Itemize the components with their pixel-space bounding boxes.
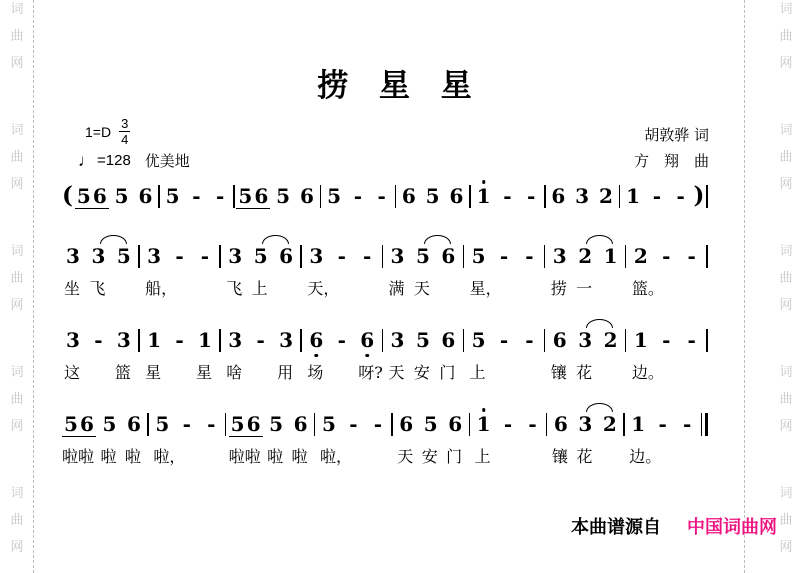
lyric: 场 (307, 364, 323, 382)
note-number: 6 (399, 412, 413, 436)
note: 6 (296, 184, 318, 208)
barline (138, 329, 140, 352)
key-signature: 1=D 3 4 (85, 117, 130, 146)
note-number: 5 (254, 244, 268, 268)
note-number: 6 (138, 184, 152, 208)
barline (623, 413, 625, 436)
note-number: 3 (391, 328, 405, 352)
watermark-char: 网 (10, 177, 23, 190)
lyric: 啦 (267, 448, 283, 466)
note: 5啦 (230, 412, 246, 436)
lyric: 啦， (153, 448, 185, 466)
barline (625, 245, 627, 268)
note: 5安 (412, 328, 434, 352)
note-number: 5 (424, 412, 438, 436)
note: 3花 (574, 328, 596, 352)
note: 6天 (395, 412, 417, 436)
dash-note: - (670, 184, 692, 208)
note: 2 (595, 184, 617, 208)
note: 6啦 (123, 412, 145, 436)
dash-note: - (209, 184, 231, 208)
note: 6 (547, 184, 569, 208)
note-number: - (338, 244, 346, 268)
note: 1边。 (630, 328, 652, 352)
lyric: 篮。 (632, 280, 664, 298)
note-number: 5 (77, 184, 91, 208)
note: 6 (253, 184, 269, 208)
note-number: - (503, 184, 511, 208)
watermark-char: 词 (10, 365, 23, 378)
note-number: - (683, 412, 691, 436)
barline (300, 245, 302, 268)
lyric: 镶 (552, 448, 568, 466)
note-number: 5 (155, 412, 169, 436)
note-number: 6 (448, 412, 462, 436)
dash-note: - (331, 244, 353, 268)
lyric: 门 (446, 448, 462, 466)
note: 2一 (574, 244, 596, 268)
lyric: 安 (414, 364, 430, 382)
watermark-char: 词 (10, 486, 23, 499)
note-number: 3 (66, 244, 80, 268)
note: 5 (422, 184, 444, 208)
watermark-char: 网 (10, 540, 23, 553)
lyric: 门 (439, 364, 455, 382)
note-number: - (354, 184, 362, 208)
note-number: - (192, 184, 200, 208)
note-number: 6 (309, 328, 323, 352)
barline (469, 413, 471, 436)
slur-arc (262, 235, 289, 244)
final-barline (701, 413, 708, 436)
lyric: 篮 (115, 364, 131, 382)
note: 5星， (468, 244, 490, 268)
watermark-char: 曲 (10, 513, 23, 526)
note-number: 6 (441, 328, 455, 352)
lyric: 星， (470, 280, 502, 298)
dash-note: - (367, 412, 389, 436)
slur-arc (100, 235, 127, 244)
dash-note: - (347, 184, 369, 208)
watermark-char: 词 (779, 244, 792, 257)
note: 2 (600, 328, 622, 352)
lyric: 天 (389, 364, 405, 382)
note-number: 6 (294, 412, 308, 436)
score-line-3: 3这-3篮1星-1星3啥-3用6场-6呀?3天5安6门5上--6镶3花21边。-… (62, 328, 708, 412)
lyric: 星 (145, 364, 161, 382)
note: 5 (237, 184, 253, 208)
note-number: - (500, 244, 508, 268)
barline (544, 185, 546, 208)
barline (233, 185, 235, 208)
note: 6 (437, 244, 459, 268)
dash-note: - (520, 184, 542, 208)
octave-dot-low (365, 354, 369, 358)
note-number: 3 (66, 328, 80, 352)
barline (382, 245, 384, 268)
lyric: 捞 (551, 280, 567, 298)
note-number: - (688, 328, 696, 352)
note-number: 1 (631, 412, 645, 436)
barline (320, 185, 322, 208)
note: 6 (92, 184, 108, 208)
watermark-char: 曲 (10, 392, 23, 405)
note-number: - (374, 412, 382, 436)
dash-note: - (518, 328, 540, 352)
note-number: - (378, 184, 386, 208)
note: 5 (113, 244, 135, 268)
beam-group: 5啦6啦 (62, 412, 96, 437)
source-site-link[interactable]: 中国词曲网 (687, 513, 777, 539)
note-number: 5 (64, 412, 78, 436)
lyricist-credit: 胡敦骅 词 (634, 122, 709, 148)
note-number: 6 (80, 412, 94, 436)
note-number: - (363, 244, 371, 268)
watermark-char: 词 (10, 123, 23, 136)
note-number: - (525, 328, 533, 352)
quarter-note-icon: ♩ (78, 152, 95, 169)
note-number: 3 (309, 244, 323, 268)
note: 5啦 (63, 412, 79, 436)
expression-marking: 优美地 (145, 150, 190, 171)
note: 6 (134, 184, 156, 208)
watermark-char: 曲 (10, 271, 23, 284)
note: 5 (323, 184, 345, 208)
lyric: 边。 (629, 448, 661, 466)
note-number: 3 (117, 328, 131, 352)
barline (625, 329, 627, 352)
time-signature: 3 4 (119, 117, 130, 146)
note: 6啦 (290, 412, 312, 436)
dash-note: - (496, 184, 518, 208)
beam-group: 56 (236, 184, 270, 209)
barline (314, 413, 316, 436)
note: 1 (473, 184, 495, 208)
note-number: 3 (553, 244, 567, 268)
dash-note: - (652, 412, 674, 436)
time-numerator: 3 (119, 117, 130, 132)
note: 1星 (194, 328, 216, 352)
note-number: - (175, 328, 183, 352)
note-number: 3 (228, 244, 242, 268)
watermark-char: 网 (779, 419, 792, 432)
note: 6镶 (550, 412, 572, 436)
tempo-value: =128 (97, 152, 131, 169)
lyric: 一 (576, 280, 592, 298)
note-number: 6 (554, 412, 568, 436)
credits: 胡敦骅 词 方 翔 曲 (634, 122, 709, 175)
note: 1 (622, 184, 644, 208)
note: 3船， (143, 244, 165, 268)
lyric: 安 (422, 448, 438, 466)
note: 3篮 (113, 328, 135, 352)
lyric: 这 (64, 364, 80, 382)
dash-note: - (250, 328, 272, 352)
lyric: 飞 (226, 280, 242, 298)
note: 3 (571, 184, 593, 208)
note-number: - (662, 328, 670, 352)
dash-note: - (497, 412, 519, 436)
score-line-4: 5啦6啦5啦6啦5啦，--5啦6啦5啦6啦5啦，--6天5安6门1上--6镶3花… (62, 412, 708, 496)
note-number: - (653, 184, 661, 208)
note-number: 6 (300, 184, 314, 208)
dash-note: - (169, 328, 191, 352)
note-number: 6 (553, 328, 567, 352)
note: 6 (398, 184, 420, 208)
barline (546, 413, 548, 436)
note: 3天， (305, 244, 327, 268)
dash-note: - (371, 184, 393, 208)
note: 6门 (437, 328, 459, 352)
note-number: 5 (115, 184, 129, 208)
note: 3捞 (549, 244, 571, 268)
dash-note: - (646, 184, 668, 208)
note-number: 6 (441, 244, 455, 268)
dash-note: - (176, 412, 198, 436)
note-number: 1 (634, 328, 648, 352)
note: 6门 (444, 412, 466, 436)
note: 5安 (420, 412, 442, 436)
lyric: 星 (196, 364, 212, 382)
beam-group: 56 (75, 184, 109, 209)
lyric: 啦 (245, 448, 261, 466)
parenthesis: ( (62, 184, 73, 208)
octave-dot-low (315, 354, 319, 358)
lyric: 天， (307, 280, 339, 298)
watermark-char: 词 (10, 244, 23, 257)
parenthesis: ) (694, 184, 705, 208)
note: 3飞 (87, 244, 109, 268)
note: 5上 (250, 244, 272, 268)
note-number: 6 (247, 412, 261, 436)
note: 3飞 (224, 244, 246, 268)
watermark-char: 曲 (779, 150, 792, 163)
note: 5 (76, 184, 92, 208)
slur-arc (424, 235, 451, 244)
barline (391, 413, 393, 436)
beam-group: 5啦6啦 (229, 412, 263, 437)
note: 2篮。 (630, 244, 652, 268)
note: 3天 (387, 328, 409, 352)
note: 5啦， (151, 412, 173, 436)
note-number: - (677, 184, 685, 208)
dash-note: - (676, 412, 698, 436)
lyric: 啦 (229, 448, 245, 466)
dash-note: - (681, 244, 703, 268)
watermark-char: 词 (779, 2, 792, 15)
lyric: 啦， (320, 448, 352, 466)
note-number: - (349, 412, 357, 436)
note-number: - (525, 244, 533, 268)
note-number: - (504, 412, 512, 436)
barline (469, 185, 471, 208)
note-number: 5 (426, 184, 440, 208)
dash-note: - (655, 244, 677, 268)
tempo-row: ♩ =128 优美地 (78, 150, 190, 171)
note-number: 3 (147, 244, 161, 268)
note: 3坐 (62, 244, 84, 268)
dash-note: - (681, 328, 703, 352)
score-line-2: 3坐3飞53船，--3飞5上63天，--3满5天65星，--3捞2一12篮。-- (62, 244, 708, 328)
watermark-char: 词 (10, 2, 23, 15)
lyric: 上 (252, 280, 268, 298)
note-number: 5 (327, 184, 341, 208)
note: 3满 (387, 244, 409, 268)
score-line-1: (56565--56565--6561--6321--) (62, 184, 708, 230)
note-number: 3 (279, 328, 293, 352)
note-number: - (688, 244, 696, 268)
note-number: 5 (102, 412, 116, 436)
note: 5 (272, 184, 294, 208)
watermark-char: 词 (779, 486, 792, 499)
dash-note: - (655, 328, 677, 352)
note: 6 (445, 184, 467, 208)
note-number: - (528, 412, 536, 436)
watermark-char: 网 (779, 540, 792, 553)
note-number: 1 (626, 184, 640, 208)
barline (544, 245, 546, 268)
note-number: - (175, 244, 183, 268)
dash-note: - (194, 244, 216, 268)
note: 5啦 (265, 412, 287, 436)
time-denominator: 4 (121, 132, 128, 146)
note-number: - (527, 184, 535, 208)
barline (225, 413, 227, 436)
octave-dot-high (482, 180, 486, 184)
note-number: 1 (477, 184, 491, 208)
note: 6 (275, 244, 297, 268)
note: 5天 (412, 244, 434, 268)
note: 5上 (468, 328, 490, 352)
note-number: 5 (416, 244, 430, 268)
lyric: 天 (414, 280, 430, 298)
note-number: 5 (269, 412, 283, 436)
note: 3花 (574, 412, 596, 436)
note-number: 3 (391, 244, 405, 268)
note-number: 6 (254, 184, 268, 208)
note-number: 6 (551, 184, 565, 208)
dash-note: - (200, 412, 222, 436)
barline (158, 185, 160, 208)
key-label: 1=D (85, 124, 111, 140)
watermark-char: 曲 (10, 150, 23, 163)
barline (147, 413, 149, 436)
barline (219, 245, 221, 268)
watermark-char: 词 (779, 123, 792, 136)
note-number: - (201, 244, 209, 268)
lyric: 花 (576, 364, 592, 382)
note: 5啦 (98, 412, 120, 436)
barline (706, 185, 708, 208)
barline (463, 245, 465, 268)
note: 5啦， (318, 412, 340, 436)
note: 1边。 (627, 412, 649, 436)
note-number: 2 (599, 184, 613, 208)
note-number: 2 (604, 328, 618, 352)
note: 5 (111, 184, 133, 208)
lyric: 上 (470, 364, 486, 382)
note: 1星 (143, 328, 165, 352)
note-number: 3 (91, 244, 105, 268)
watermark-char: 网 (10, 298, 23, 311)
barline (219, 329, 221, 352)
note: 1 (600, 244, 622, 268)
source-label: 本曲谱源自 (571, 513, 661, 539)
lyric: 坐 (64, 280, 80, 298)
lyric: 啦 (100, 448, 116, 466)
note: 6呀? (356, 328, 378, 352)
barline (138, 245, 140, 268)
dash-note: - (493, 328, 515, 352)
dash-note: - (518, 244, 540, 268)
lyric: 啦 (292, 448, 308, 466)
note-number: - (500, 328, 508, 352)
note-number: - (257, 328, 265, 352)
dash-note: - (87, 328, 109, 352)
note-number: 5 (238, 184, 252, 208)
dash-note: - (169, 244, 191, 268)
barline (382, 329, 384, 352)
note-number: - (658, 412, 666, 436)
dash-note: - (331, 328, 353, 352)
note: 6场 (305, 328, 327, 352)
note: 3用 (275, 328, 297, 352)
note-number: - (338, 328, 346, 352)
watermark-char: 曲 (779, 271, 792, 284)
watermark-char: 曲 (779, 392, 792, 405)
barline (706, 245, 708, 268)
note: 5 (162, 184, 184, 208)
note-number: - (216, 184, 224, 208)
lyric: 边。 (632, 364, 664, 382)
note-number: 1 (604, 244, 618, 268)
footer: 本曲谱源自 中国词曲网 (571, 513, 777, 539)
watermark-char: 曲 (779, 513, 792, 526)
note-number: - (207, 412, 215, 436)
lyric: 花 (576, 448, 592, 466)
lyric: 镶 (551, 364, 567, 382)
note-number: 6 (93, 184, 107, 208)
watermark-char: 网 (779, 298, 792, 311)
dash-note: - (356, 244, 378, 268)
note-number: 1 (147, 328, 161, 352)
note-number: 6 (402, 184, 416, 208)
note-number: 5 (322, 412, 336, 436)
note-number: 3 (228, 328, 242, 352)
note-number: 3 (578, 328, 592, 352)
note-number: 2 (634, 244, 648, 268)
lyric: 呀? (358, 364, 383, 382)
dash-note: - (342, 412, 364, 436)
note-number: - (183, 412, 191, 436)
note: 1上 (473, 412, 495, 436)
lyric: 啥 (226, 364, 242, 382)
note-number: 2 (603, 412, 617, 436)
note: 2 (599, 412, 621, 436)
note-number: 3 (575, 184, 589, 208)
note-number: 6 (449, 184, 463, 208)
slur-arc (586, 235, 613, 244)
note: 6镶 (549, 328, 571, 352)
dash-note: - (493, 244, 515, 268)
note-number: 1 (198, 328, 212, 352)
note-number: 5 (416, 328, 430, 352)
note-number: 3 (578, 412, 592, 436)
note-number: 5 (472, 328, 486, 352)
note-number: 5 (231, 412, 245, 436)
watermark-char: 网 (10, 419, 23, 432)
note-number: 6 (127, 412, 141, 436)
